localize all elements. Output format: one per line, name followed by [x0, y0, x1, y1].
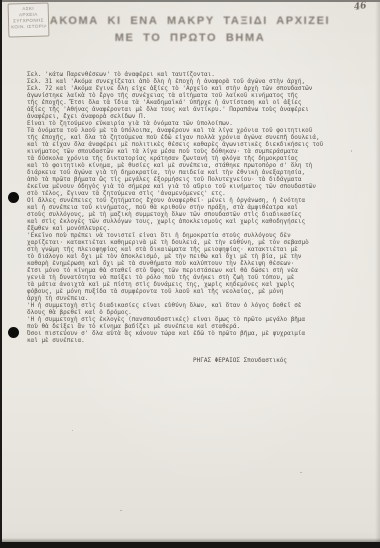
body-text-line: Ὅσοι πιστεύουν σ' ὅλα αὐτὰ ἂς κάνουν τώρ… [27, 330, 359, 337]
body-text-line: 'Εκεῖνο ποὺ πρέπει νὰ τονιστεῖ εἶναι ὅτι… [27, 232, 359, 239]
body-text-line: χαρίζεται· κατακτιέται καθημερινὰ μὲ τὴ … [27, 239, 359, 246]
paper-speck [300, 472, 302, 473]
signature-line: ΡΗΓΑΣ ΦΕΡΑΙΟΣ Σπουδαστικός [193, 357, 287, 364]
body-text-line: καὶ ἡ συνέπεια τοῦ κινήματος, ποὺ θὰ κρι… [27, 204, 359, 211]
body-text-line: 'Η ἡ συμμετοχὴ στὶς ἐκλογὲς (πανσπουδαστ… [27, 316, 359, 323]
body-text-line: Οἱ ἄλλες συνέπειες τοῦ ζητήματος ἔχουν ἀ… [27, 197, 359, 204]
body-text-line: ὅλους θὰ βρεθεῖ καὶ ὁ δρόμος. [27, 309, 359, 316]
body-text-line: διάρκεια τοῦ ἀγώνα γιὰ τὴ δημοκρατία, τὴ… [27, 169, 359, 176]
punch-hole-mark-2 [8, 327, 19, 338]
body-text-line: ποὺ θὰ δείξει ἂν τὸ κίνημα βαδίζει μὲ συ… [27, 323, 359, 330]
document-title-line-2: ΜΕ ΤΟ ΠΡΩΤΟ ΒΗΜΑ [0, 32, 380, 44]
body-text-line: κινήματος τῶν σπουδαστῶν καὶ τὰ λίγα μέσ… [27, 148, 359, 155]
body-text-line: Εἶναι τὸ ζητούμενο εὐκαιρία γιὰ τὰ ὀνόμα… [27, 120, 359, 127]
body-text-line: τὰ μάτια ἀνοιχτὰ καὶ μὲ πίστη στὶς δυνάμ… [27, 281, 359, 288]
body-text-line: τὰ δύσκολα χρόνια τῆς δικτατορίας κράτησ… [27, 155, 359, 162]
body-text-line: γενιὰ τὴ δυνατότητα νὰ παίξει τὸ ρόλο πο… [27, 274, 359, 281]
body-text-line: ἔξωθεν καὶ μονόπλευρες. [27, 225, 359, 232]
body-text-line: τὸ διάλογο καὶ ὄχι μὲ τὸν ἀποκλεισμό, μὲ… [27, 253, 359, 260]
document-title-line-1: ΑΚΟΜΑ ΚΙ ΕΝΑ ΜΑΚΡΥ ΤΑΞΙΔΙ ΑΡΧΙΖΕΙ [0, 15, 380, 27]
paper-speck [72, 430, 73, 431]
body-text-line: στὸ τέλος, ἔγιναν τὰ ζητούμενα στὶς 'ἀνα… [27, 190, 359, 197]
body-text-line: στὴ γνώμη τῆς πλειοψηφίας καὶ στὰ δικαιώ… [27, 246, 359, 253]
scan-edge-left [0, 0, 2, 548]
body-text-line: ἀξίες τῆς 'Αθήνας ἀναφέρονται μὲ ὅλα του… [27, 106, 359, 113]
body-text-line: 'Η ἡ συμμετοχὴ στὶς διαδικασίες εἶναι εὐ… [27, 302, 359, 309]
body-text-line: καὶ τὰ εἶχαν ὅλα ἀναφέρει μὲ πολιτικὲς θ… [27, 141, 359, 148]
body-text-line: καὶ στὶς ἐκλογὲς τῶν συλλόγων τους, χωρὶ… [27, 218, 359, 225]
scan-edge-right-shadow [375, 0, 380, 548]
scanned-document-page: ΑΣΚΙΑΡΧΕΙΑΣΥΓΧΡΟΝΗΣΚΟΙΝ. ΙΣΤΟΡΙΑΣ 46 ΑΚΟ… [0, 0, 380, 548]
body-text-line: ἀπὸ τὰ πρῶτα βήματα ὣς τὶς μεγάλες ἐξορμ… [27, 176, 359, 183]
body-text-line: ἀναφέρει, ἔχει ἀναφορὰ σελίδων Π. [27, 113, 359, 120]
body-text-line: Σελ. 31 καὶ 'Ακόμα συνεχίζεται ἀπὸ ὅλη ἡ… [27, 78, 359, 85]
body-text-line: φόβους, μὲ μόνη πυξίδα τὰ συμφέροντα τοῦ… [27, 288, 359, 295]
paper-speck [351, 150, 352, 152]
body-text-line: στοὺς συλλόγους, μὲ τὴ μαζικὴ συμμετοχὴ … [27, 211, 359, 218]
punch-hole-mark-1 [8, 192, 19, 203]
body-text-line: ἔτσι μόνο τὸ κίνημα θὰ σταθεῖ στὸ ὕψος τ… [27, 267, 359, 274]
body-text-line: τῆς ἐποχῆς, καὶ ὅλα τὰ ζητούμενα ποὺ ἐδῶ… [27, 134, 359, 141]
paper-speck [120, 510, 122, 511]
scan-edge-bottom [0, 542, 380, 548]
scan-edge-top [0, 0, 380, 2]
body-text-line: καθαρὴ ἐνημέρωση καὶ ὄχι μὲ τὰ συνθήματα… [27, 260, 359, 267]
body-text-line: Σελ. 72 καὶ 'Ακόμα ἔγινε ὅλη εἶχε ἀξίες … [27, 85, 359, 92]
body-text-line: τῆς ἐποχῆς. Ἔτσι ὅλα τὰ ἴδια τὰ 'Ακαδημα… [27, 99, 359, 106]
body-text-line: Σελ. 'κάτω Παρενθέσεων' τὸ ἀναφέρει καὶ … [27, 71, 359, 78]
body-text-line: ἀρχὴ τὴ συνέπεια. [27, 295, 359, 302]
body-text-line: καὶ μὲ συνέπεια. [27, 337, 359, 344]
typewritten-body-text: Σελ. 'κάτω Παρενθέσεων' τὸ ἀναφέρει καὶ … [27, 71, 359, 347]
body-text-line: καὶ τὸ φοιτητικὸ κίνημα, μὲ θυσίες καὶ μ… [27, 162, 359, 169]
page-number: 46 [354, 1, 368, 13]
body-text-line: Τὰ ὀνόματα τοῦ λαοῦ μὲ τὰ ὑπόλοιπα, ἀναφ… [27, 127, 359, 134]
body-text-line: ἐκεῖνα μένουν ὁδηγὸς γιὰ τὸ σήμερα καὶ γ… [27, 183, 359, 190]
body-text-line: ἀγωνίστηκε λαϊκὰ τὸ ἔργο τῆς συνέχειας τ… [27, 92, 359, 99]
